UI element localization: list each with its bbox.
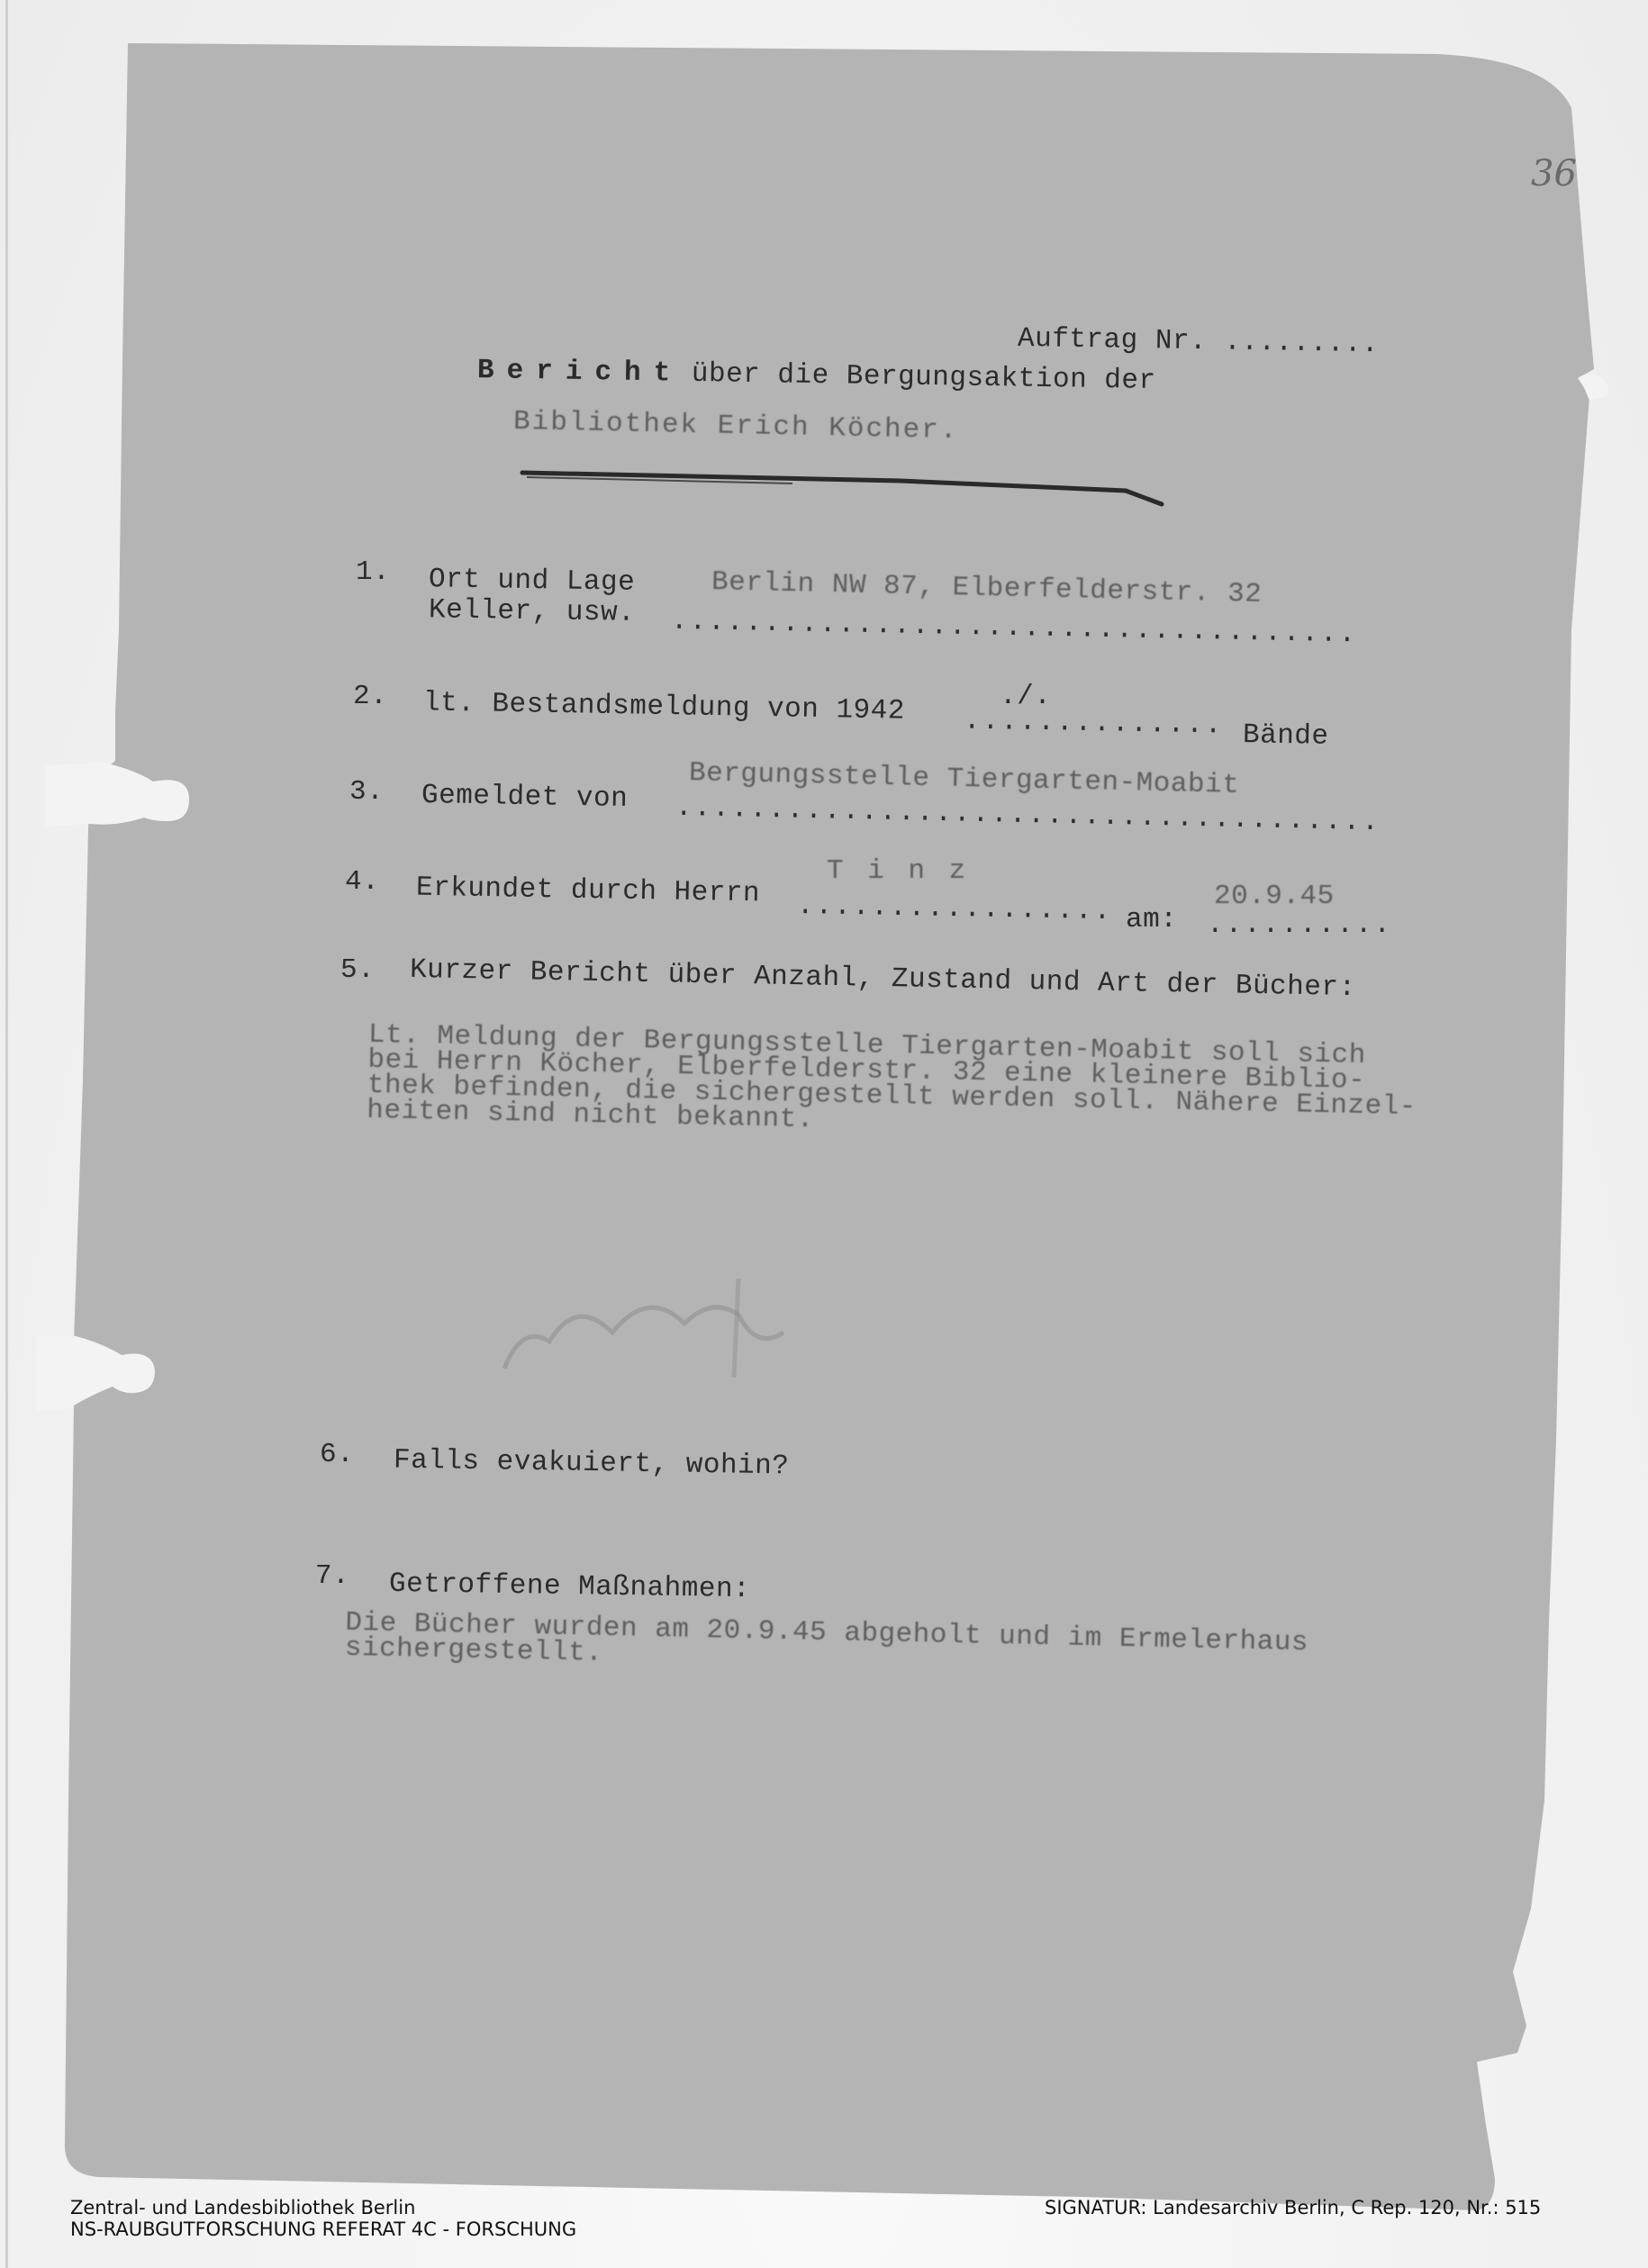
item-number: 3. — [349, 776, 384, 808]
date-dots: .......... — [1207, 909, 1392, 941]
footer-department: NS-RAUBGUTFORSCHUNG REFERAT 4C - FORSCHU… — [70, 2218, 576, 2240]
volumes-value: ./. — [1000, 681, 1051, 712]
fill-in-dots: ................. — [797, 890, 1113, 927]
footer-signature: SIGNATUR: Landesarchiv Berlin, C Rep. 12… — [1045, 2197, 1541, 2218]
surveyor-value: T i n z — [827, 855, 969, 887]
item-number: 6. — [320, 1439, 354, 1470]
footer-left: Zentral- und Landesbibliothek Berlin NS-… — [70, 2197, 576, 2240]
handwritten-page-number: 36 — [1531, 153, 1577, 194]
order-number-label: Auftrag Nr. ......... — [1018, 323, 1380, 360]
item-label-line2: Keller, usw. — [429, 594, 636, 629]
item-label: Falls evakuiert, wohin? — [394, 1445, 790, 1483]
item-number: 4. — [345, 866, 379, 898]
report-body: Lt. Meldung der Bergungsstelle Tiergarte… — [367, 1023, 1417, 1145]
item-label: Gemeldet von — [421, 780, 629, 815]
item-label: Ort und Lage — [429, 564, 636, 599]
item-number: 7. — [315, 1560, 349, 1592]
footer-institution: Zentral- und Landesbibliothek Berlin — [70, 2197, 576, 2218]
item-number: 1. — [356, 556, 390, 588]
report-title-spaced: Bericht — [477, 355, 684, 390]
item-label: Erkundet durch Herrn — [416, 872, 761, 910]
date-value: 20.9.45 — [1214, 881, 1335, 912]
item-number: 5. — [340, 954, 375, 986]
item-number: 2. — [353, 681, 387, 712]
volumes-suffix: Bände — [1243, 719, 1329, 753]
date-label: am: — [1126, 904, 1177, 935]
item-label: Getroffene Maßnahmen: — [389, 1568, 751, 1605]
